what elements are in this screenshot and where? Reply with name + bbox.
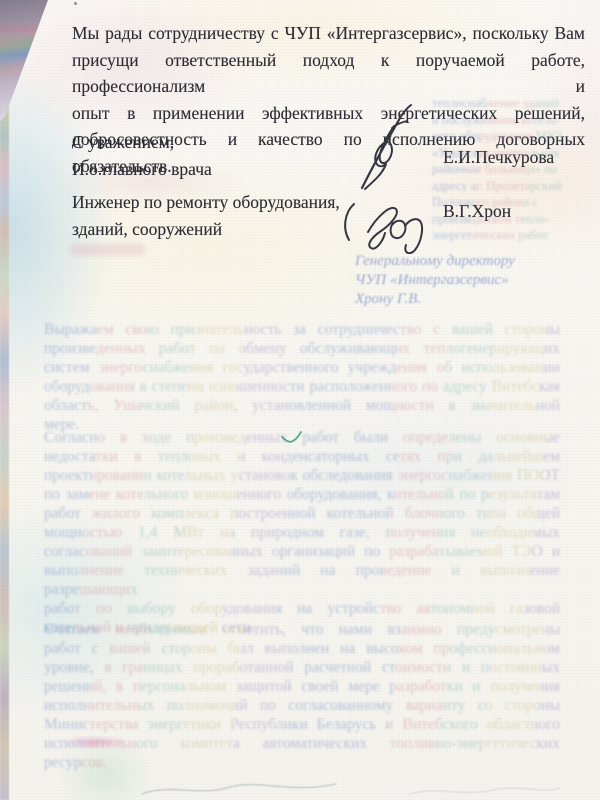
bleedthrough-line: выполнение технических заданий на провед… [44,561,560,599]
signer1-title: И.о.главного врача [72,156,212,183]
faint-handwriting-trace [408,780,563,800]
bleedthrough-side-line: адресу аг. Пролетарский [432,178,584,195]
letter-line: присущи ответственный подход к поручаемо… [72,47,585,100]
bleedthrough-paragraph-1: Выражаем свою признательность за сотрудн… [44,320,560,434]
bleedthrough-address-line: Хрону Г.В. [355,290,540,309]
bleedthrough-side-line: теплоснабжение зданий [432,95,584,112]
scanned-letter-page: Мы рады сотрудничеству с ЧУП «Интергазсе… [0,0,600,800]
bleedthrough-side-block: теплоснабжение зданийи обслуживание коте… [432,95,584,244]
signer2-title-line1: Инженер по ремонту оборудования, [72,189,340,216]
bleedthrough-paragraph-2: Согласно в ходе произведенных работ были… [44,428,560,637]
bleedthrough-line: уровне, в границах проработанной расчетн… [44,658,560,677]
bleedthrough-line: оборудования в степени изношенности расп… [44,377,560,396]
bleedthrough-address-block: Генеральному директоруЧУП «Интергазсерви… [355,252,540,309]
bleedthrough-line: ресурсов. [44,753,560,772]
bleedthrough-paragraph-3: Считаем необходимым отметить, что нами в… [44,620,560,772]
bleedthrough-line: исполнительного комитета автоматических … [44,734,560,753]
bleedthrough-line: работ по выбору оборудования на устройст… [44,599,560,618]
bleedthrough-side-line: Полоцкого района с [432,194,584,211]
bleedthrough-line: систем энергоснабжения государственного … [44,358,560,377]
letter-line: Мы рады сотрудничеству с ЧУП «Интергазсе… [72,20,585,47]
pen-tick-mark [281,430,303,446]
bleedthrough-line: решений, в персональном защитой своей ме… [44,677,560,696]
bleedthrough-side-line: районная больница» по [432,161,584,178]
bleedthrough-address-line: ЧУП «Интергазсервис» [355,271,540,290]
bleedthrough-line: недостатки в тепловых и конденсаторных с… [44,447,560,466]
bleedthrough-line: исполнительных полномочий по согласованн… [44,696,560,715]
scan-speck [74,2,77,5]
page-corner-fold [0,0,48,122]
bleedthrough-side-line: ного оборудования МУЗ [432,128,584,145]
faded-date-smudge [70,244,145,255]
bleedthrough-side-line: и обслуживание котель- [432,112,584,129]
signer2-title-line2: зданий, сооружений [72,216,340,243]
signer2-title-block: Инженер по ремонту оборудования, зданий,… [72,189,340,242]
bleedthrough-line: работ жилого комплекса построенной котел… [44,504,560,523]
bleedthrough-side-line: энергетических работ [432,227,584,244]
bleedthrough-side-line: «Ушачская центральная [432,145,584,162]
bleedthrough-line: Выражаем свою признательность за сотрудн… [44,320,560,339]
signature-pechkurova [350,104,418,192]
bleedthrough-line: согласований заинтересованных организаци… [44,542,560,561]
faint-handwriting-trace [140,775,340,800]
signature-khron [336,192,436,254]
bleedthrough-line: мощностью 1,4 МВт на природном газе, пол… [44,523,560,542]
bleedthrough-line: проектировании котельных установок обсле… [44,466,560,485]
bleedthrough-line: Министерства энергетики Республики Белар… [44,715,560,734]
closing-salutation: С уважением, [72,129,212,156]
bleedthrough-address-line: Генеральному директору [355,252,540,271]
bleedthrough-line: произведенных работ по обмену обслуживаю… [44,339,560,358]
closing-block: С уважением, И.о.главного врача [72,129,212,183]
bleedthrough-side-line: производством тепло- [432,211,584,228]
bleedthrough-line: область, Ушачский район, установленной м… [44,396,560,415]
bleedthrough-line: по замене котельного изношенного оборудо… [44,485,560,504]
bleedthrough-line: работ с вашей стороны был выполнен на вы… [44,639,560,658]
bleedthrough-line: Считаем необходимым отметить, что нами в… [44,620,560,639]
